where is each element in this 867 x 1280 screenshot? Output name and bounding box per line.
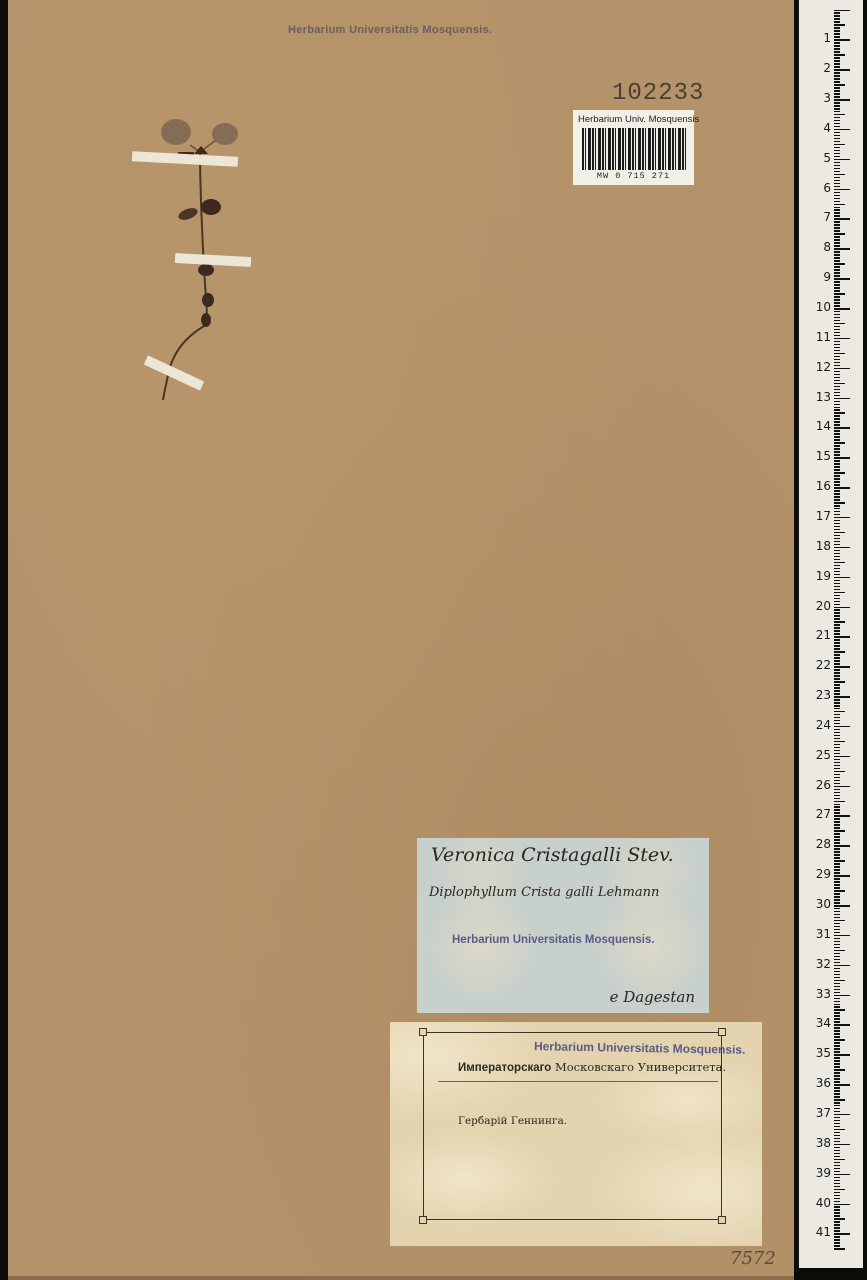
barcode-number: MW 0 715 271 [578, 171, 689, 181]
ruler-tick [834, 1072, 840, 1074]
ruler-tick [834, 1242, 840, 1244]
ruler-tick [834, 18, 840, 20]
ruler-tick [834, 272, 840, 274]
ruler-tick [834, 642, 840, 644]
ruler-tick [834, 1165, 840, 1167]
ruler-tick [834, 639, 840, 641]
ruler-tick [834, 1036, 840, 1038]
ruler-tick [834, 860, 845, 862]
ruler-tick [834, 1004, 840, 1006]
ruler-tick [834, 263, 845, 265]
ruler-tick [834, 204, 845, 206]
ruler-tick [834, 1212, 840, 1214]
ruler-tick [834, 815, 850, 817]
ruler-tick [834, 633, 840, 635]
ruler-tick [834, 1215, 840, 1217]
ruler-label: 7 [823, 210, 831, 224]
ruler-tick [834, 141, 840, 143]
ruler-tick [834, 1111, 840, 1113]
ruler-tick [834, 45, 840, 47]
ruler-tick [834, 604, 840, 606]
ruler-tick [834, 242, 840, 244]
ruler-tick [834, 1066, 840, 1068]
ruler-tick [834, 654, 840, 656]
ruler-ticks [834, 12, 856, 1250]
label-title: Императорскаго Московскаго Университета. [458, 1060, 726, 1074]
ruler-tick [834, 347, 840, 349]
ruler-tick [834, 702, 840, 704]
ruler-tick [834, 971, 840, 973]
ruler-label: 32 [816, 957, 831, 971]
ruler-tick [834, 830, 845, 832]
ruler-tick [834, 442, 845, 444]
ruler-tick [834, 1039, 845, 1041]
ruler-tick [834, 598, 840, 600]
ruler-tick [834, 842, 840, 844]
ruler-tick [834, 1195, 840, 1197]
ruler-tick [834, 959, 840, 961]
ruler-tick [834, 732, 840, 734]
ruler-tick [834, 1099, 845, 1101]
ruler-tick [834, 490, 840, 492]
ruler-tick [834, 359, 840, 361]
collection-name: Гербарій Геннинга. [458, 1115, 567, 1127]
ruler-tick [834, 293, 845, 295]
ruler-tick [834, 299, 840, 301]
ruler-tick [834, 705, 840, 707]
ruler-tick [834, 908, 840, 910]
ruler-tick [834, 1060, 840, 1062]
ruler-tick [834, 1075, 840, 1077]
ruler-label: 25 [816, 748, 831, 762]
ruler-tick [834, 153, 840, 155]
locality: e Dagestan [610, 988, 695, 1006]
ruler-tick [834, 520, 840, 522]
ruler-tick [834, 995, 850, 997]
ruler-tick [834, 660, 840, 662]
ruler-tick [834, 839, 840, 841]
ruler-tick [834, 439, 840, 441]
ruler-tick [834, 66, 840, 68]
ruler-tick [834, 81, 840, 83]
ruler-tick [834, 583, 840, 585]
ruler-tick [834, 296, 840, 298]
ruler-tick [834, 54, 845, 56]
ruler-tick [834, 735, 840, 737]
ruler-tick [834, 1129, 845, 1131]
ruler-tick [834, 884, 840, 886]
ruler-tick [834, 1236, 840, 1238]
ruler-label: 1 [823, 31, 831, 45]
ruler-tick [834, 275, 840, 277]
ruler-tick [834, 1204, 850, 1206]
ruler-tick [834, 657, 840, 659]
ruler-tick [834, 1117, 840, 1119]
ruler-tick [834, 1001, 840, 1003]
ruler-tick [834, 1069, 845, 1071]
ruler-tick [834, 478, 840, 480]
ruler-tick [834, 768, 840, 770]
ruler-tick [834, 944, 840, 946]
barcode-label: Herbarium Univ. Mosquensis MW 0 715 271 [573, 110, 694, 185]
ruler-tick [834, 607, 850, 609]
ruler-tick [834, 129, 850, 131]
ruler-tick [834, 469, 840, 471]
ruler-tick [834, 535, 840, 537]
ruler-tick [834, 508, 840, 510]
ruler-tick [834, 1162, 840, 1164]
ruler-tick [834, 983, 840, 985]
ruler-tick [834, 502, 845, 504]
corner-note: 7572 [730, 1248, 776, 1269]
ruler-tick [834, 344, 840, 346]
ruler-tick [834, 777, 840, 779]
ruler-tick [834, 236, 840, 238]
ruler-tick [834, 965, 850, 967]
ruler-tick [834, 1018, 840, 1020]
ruler-tick [834, 93, 840, 95]
ruler-label: 27 [816, 807, 831, 821]
ruler-tick [834, 1147, 840, 1149]
ruler-tick [834, 857, 840, 859]
ruler-tick [834, 1233, 850, 1235]
ruler-tick [834, 992, 840, 994]
ruler-tick [834, 380, 840, 382]
ruler-label: 9 [823, 270, 831, 284]
ruler-tick [834, 10, 850, 12]
ruler-tick [834, 818, 840, 820]
ruler-tick [834, 1090, 840, 1092]
ruler-tick [834, 923, 840, 925]
ruler-tick [834, 887, 840, 889]
ruler-tick [834, 75, 840, 77]
ruler-tick [834, 526, 840, 528]
ruler-tick [834, 833, 840, 835]
ruler-tick [834, 968, 840, 970]
ruler-tick [834, 266, 840, 268]
ruler-tick [834, 144, 845, 146]
ruler-tick [834, 875, 850, 877]
ruler-tick [834, 681, 845, 683]
ruler-tick [834, 1081, 840, 1083]
ruler-tick [834, 230, 840, 232]
ruler-tick [834, 1198, 840, 1200]
ruler-tick [834, 851, 840, 853]
ruler-tick [834, 609, 840, 611]
ruler-tick [834, 278, 850, 280]
ruler-tick [834, 1174, 850, 1176]
herbarium-sheet: Herbarium Universitatis Mosquensis. 1022… [8, 0, 794, 1280]
ruler-tick [834, 771, 845, 773]
ruler-tick [834, 36, 840, 38]
ruler-tick [834, 935, 850, 937]
ruler-tick [834, 386, 840, 388]
ruler-label: 8 [823, 240, 831, 254]
ruler-tick [834, 893, 840, 895]
ruler-tick [834, 780, 840, 782]
accession-number: 102233 [612, 80, 704, 107]
ruler-tick [834, 1102, 840, 1104]
ruler-tick [834, 329, 840, 331]
ruler-tick [834, 224, 840, 226]
header-stamp: Herbarium Universitatis Mosquensis. [288, 24, 492, 36]
ruler-tick [834, 1120, 840, 1122]
ruler-label: 33 [816, 987, 831, 1001]
ruler-tick [834, 33, 840, 35]
ruler-tick [834, 96, 840, 98]
ruler-tick [834, 932, 840, 934]
ruler-tick [834, 836, 840, 838]
ruler-tick [834, 926, 840, 928]
ruler-tick [834, 753, 840, 755]
ruler-tick [834, 986, 840, 988]
ruler-tick [834, 475, 840, 477]
ruler-tick [834, 120, 840, 122]
ruler-label: 3 [823, 91, 831, 105]
ruler-tick [834, 1042, 840, 1044]
ruler-label: 13 [816, 390, 831, 404]
ruler-tick [834, 1054, 850, 1056]
ruler-tick [834, 212, 840, 214]
ruler-tick [834, 317, 840, 319]
ruler-tick [834, 645, 840, 647]
ruler-tick [834, 481, 840, 483]
ruler-label: 4 [823, 121, 831, 135]
ruler-tick [834, 687, 840, 689]
ruler-tick [834, 505, 840, 507]
ruler-tick [834, 1114, 850, 1116]
ruler-label: 11 [816, 330, 831, 344]
ruler-tick [834, 577, 850, 579]
ruler-tick [834, 783, 840, 785]
ruler-tick [834, 1141, 840, 1143]
ruler-tick [834, 627, 840, 629]
frame-corner-icon [419, 1028, 427, 1036]
ruler-tick [834, 150, 840, 152]
ruler-tick [834, 21, 840, 23]
ruler-tick [834, 1024, 850, 1026]
ruler-tick [834, 260, 840, 262]
ruler-tick [834, 454, 840, 456]
ruler-tick [834, 1132, 840, 1134]
ruler-tick [834, 553, 840, 555]
ruler-tick [834, 239, 840, 241]
ruler-tick [834, 418, 840, 420]
ruler-tick [834, 621, 845, 623]
ruler-tick [834, 529, 840, 531]
ruler-tick [834, 30, 840, 32]
ruler-tick [834, 762, 840, 764]
ruler-label: 22 [816, 658, 831, 672]
frame-corner-icon [718, 1216, 726, 1224]
ruler-tick [834, 487, 850, 489]
ruler-tick [834, 1027, 840, 1029]
ruler-tick [834, 675, 840, 677]
ruler-label: 26 [816, 778, 831, 792]
ruler-label: 41 [816, 1225, 831, 1239]
barcode-icon [582, 128, 686, 170]
ruler-tick [834, 105, 840, 107]
ruler-tick [834, 989, 840, 991]
ruler-tick [834, 227, 840, 229]
ruler-tick [834, 580, 840, 582]
ruler-tick [834, 866, 840, 868]
ruler-tick [834, 801, 845, 803]
ruler-tick [834, 314, 840, 316]
ruler-tick [834, 63, 840, 65]
ruler-tick [834, 684, 840, 686]
ruler-tick [834, 493, 840, 495]
ruler-tick [834, 1180, 840, 1182]
ruler-tick [834, 48, 840, 50]
ruler-tick [834, 284, 840, 286]
ruler-tick [834, 254, 840, 256]
ruler-tick [834, 1168, 840, 1170]
synonym: Diplophyllum Crista galli Lehmann [429, 885, 659, 900]
ruler-tick [834, 436, 840, 438]
ruler-tick [834, 669, 840, 671]
ruler-tick [834, 693, 840, 695]
ruler-tick [834, 1030, 840, 1032]
ruler-tick [834, 714, 840, 716]
ruler-tick [834, 335, 840, 337]
ruler-tick [834, 1048, 840, 1050]
ruler-tick [834, 804, 840, 806]
ruler-label: 35 [816, 1046, 831, 1060]
ruler-tick [834, 87, 840, 89]
ruler-tick [834, 371, 840, 373]
ruler-tick [834, 863, 840, 865]
ruler-tick [834, 1150, 840, 1152]
ruler-tick [834, 395, 840, 397]
ruler-tick [834, 806, 840, 808]
ruler-tick [834, 947, 840, 949]
ruler-tick [834, 457, 850, 459]
ruler-tick [834, 1096, 840, 1098]
ruler-tick [834, 956, 840, 958]
ruler-tick [834, 90, 840, 92]
ruler-tick [834, 177, 840, 179]
label-title-rest: Московскаго Университета. [555, 1060, 726, 1074]
ruler-tick [834, 648, 840, 650]
ruler-tick [834, 974, 840, 976]
ruler-tick [834, 511, 840, 513]
ruler-tick [834, 484, 840, 486]
ruler-tick [834, 950, 845, 952]
ruler-tick [834, 472, 845, 474]
ruler-tick [834, 962, 840, 964]
label-title-bold: Императорскаго [458, 1062, 551, 1074]
ruler-label: 14 [816, 419, 831, 433]
ruler-tick [834, 812, 840, 814]
ruler-tick [834, 565, 840, 567]
ruler-tick [834, 195, 840, 197]
ruler-tick [834, 612, 840, 614]
ruler-label: 29 [816, 867, 831, 881]
ruler-tick [834, 147, 840, 149]
ruler-tick [834, 466, 840, 468]
ruler-tick [834, 12, 840, 14]
ruler-tick [834, 421, 840, 423]
ruler-tick [834, 398, 850, 400]
ruler-tick [834, 1239, 840, 1241]
ruler-tick [834, 532, 845, 534]
ruler-tick [834, 407, 840, 409]
ruler-tick [834, 1006, 840, 1008]
ruler-tick [834, 756, 850, 758]
ruler-tick [834, 1186, 840, 1188]
ruler-tick [834, 356, 840, 358]
ruler-label: 20 [816, 599, 831, 613]
ruler-tick [834, 412, 845, 414]
ruler-tick [834, 678, 840, 680]
ruler-label: 31 [816, 927, 831, 941]
ruler-label: 18 [816, 539, 831, 553]
ruler-tick [834, 353, 845, 355]
ruler-label: 17 [816, 509, 831, 523]
ruler-tick [834, 1177, 840, 1179]
ruler-tick [834, 1135, 840, 1137]
ruler-tick [834, 159, 850, 161]
ruler-tick [834, 1189, 845, 1191]
ruler-tick [834, 636, 850, 638]
ruler-tick [834, 848, 840, 850]
ruler-tick [834, 102, 840, 104]
ruler-tick [834, 302, 840, 304]
ruler-tick [834, 872, 840, 874]
ruler-tick [834, 320, 840, 322]
ruler-tick [834, 624, 840, 626]
ruler-tick [834, 914, 840, 916]
ruler-tick [834, 132, 840, 134]
ruler-tick [834, 750, 840, 752]
ruler-tick [834, 729, 840, 731]
ruler-tick [834, 1063, 840, 1065]
ruler-tick [834, 338, 850, 340]
ruler-tick [834, 233, 845, 235]
barcode-title: Herbarium Univ. Mosquensis [578, 114, 689, 125]
ruler-tick [834, 209, 840, 211]
ruler-tick [834, 189, 850, 191]
ruler-tick [834, 723, 840, 725]
ruler-tick [834, 556, 840, 558]
ruler-tick [834, 162, 840, 164]
ruler-tick [834, 248, 850, 250]
ruler-label: 2 [823, 61, 831, 75]
ruler-tick [834, 138, 840, 140]
ruler-label: 39 [816, 1166, 831, 1180]
ruler-label: 23 [816, 688, 831, 702]
ruler-tick [834, 747, 840, 749]
ruler-tick [834, 1015, 840, 1017]
ruler-tick [834, 374, 840, 376]
ruler-tick [834, 39, 850, 41]
ruler-tick [834, 215, 840, 217]
ruler-tick [834, 1045, 840, 1047]
ruler-tick [834, 845, 850, 847]
ruler-tick [834, 290, 840, 292]
ruler-tick [834, 929, 840, 931]
ruler-tick [834, 651, 845, 653]
ruler-tick [834, 774, 840, 776]
ruler-tick [834, 896, 840, 898]
ruler-tick [834, 1087, 840, 1089]
ruler-tick [834, 699, 840, 701]
ruler-tick [834, 720, 840, 722]
ruler-tick [834, 186, 840, 188]
ruler-tick [834, 589, 840, 591]
ruler-tick [834, 69, 850, 71]
